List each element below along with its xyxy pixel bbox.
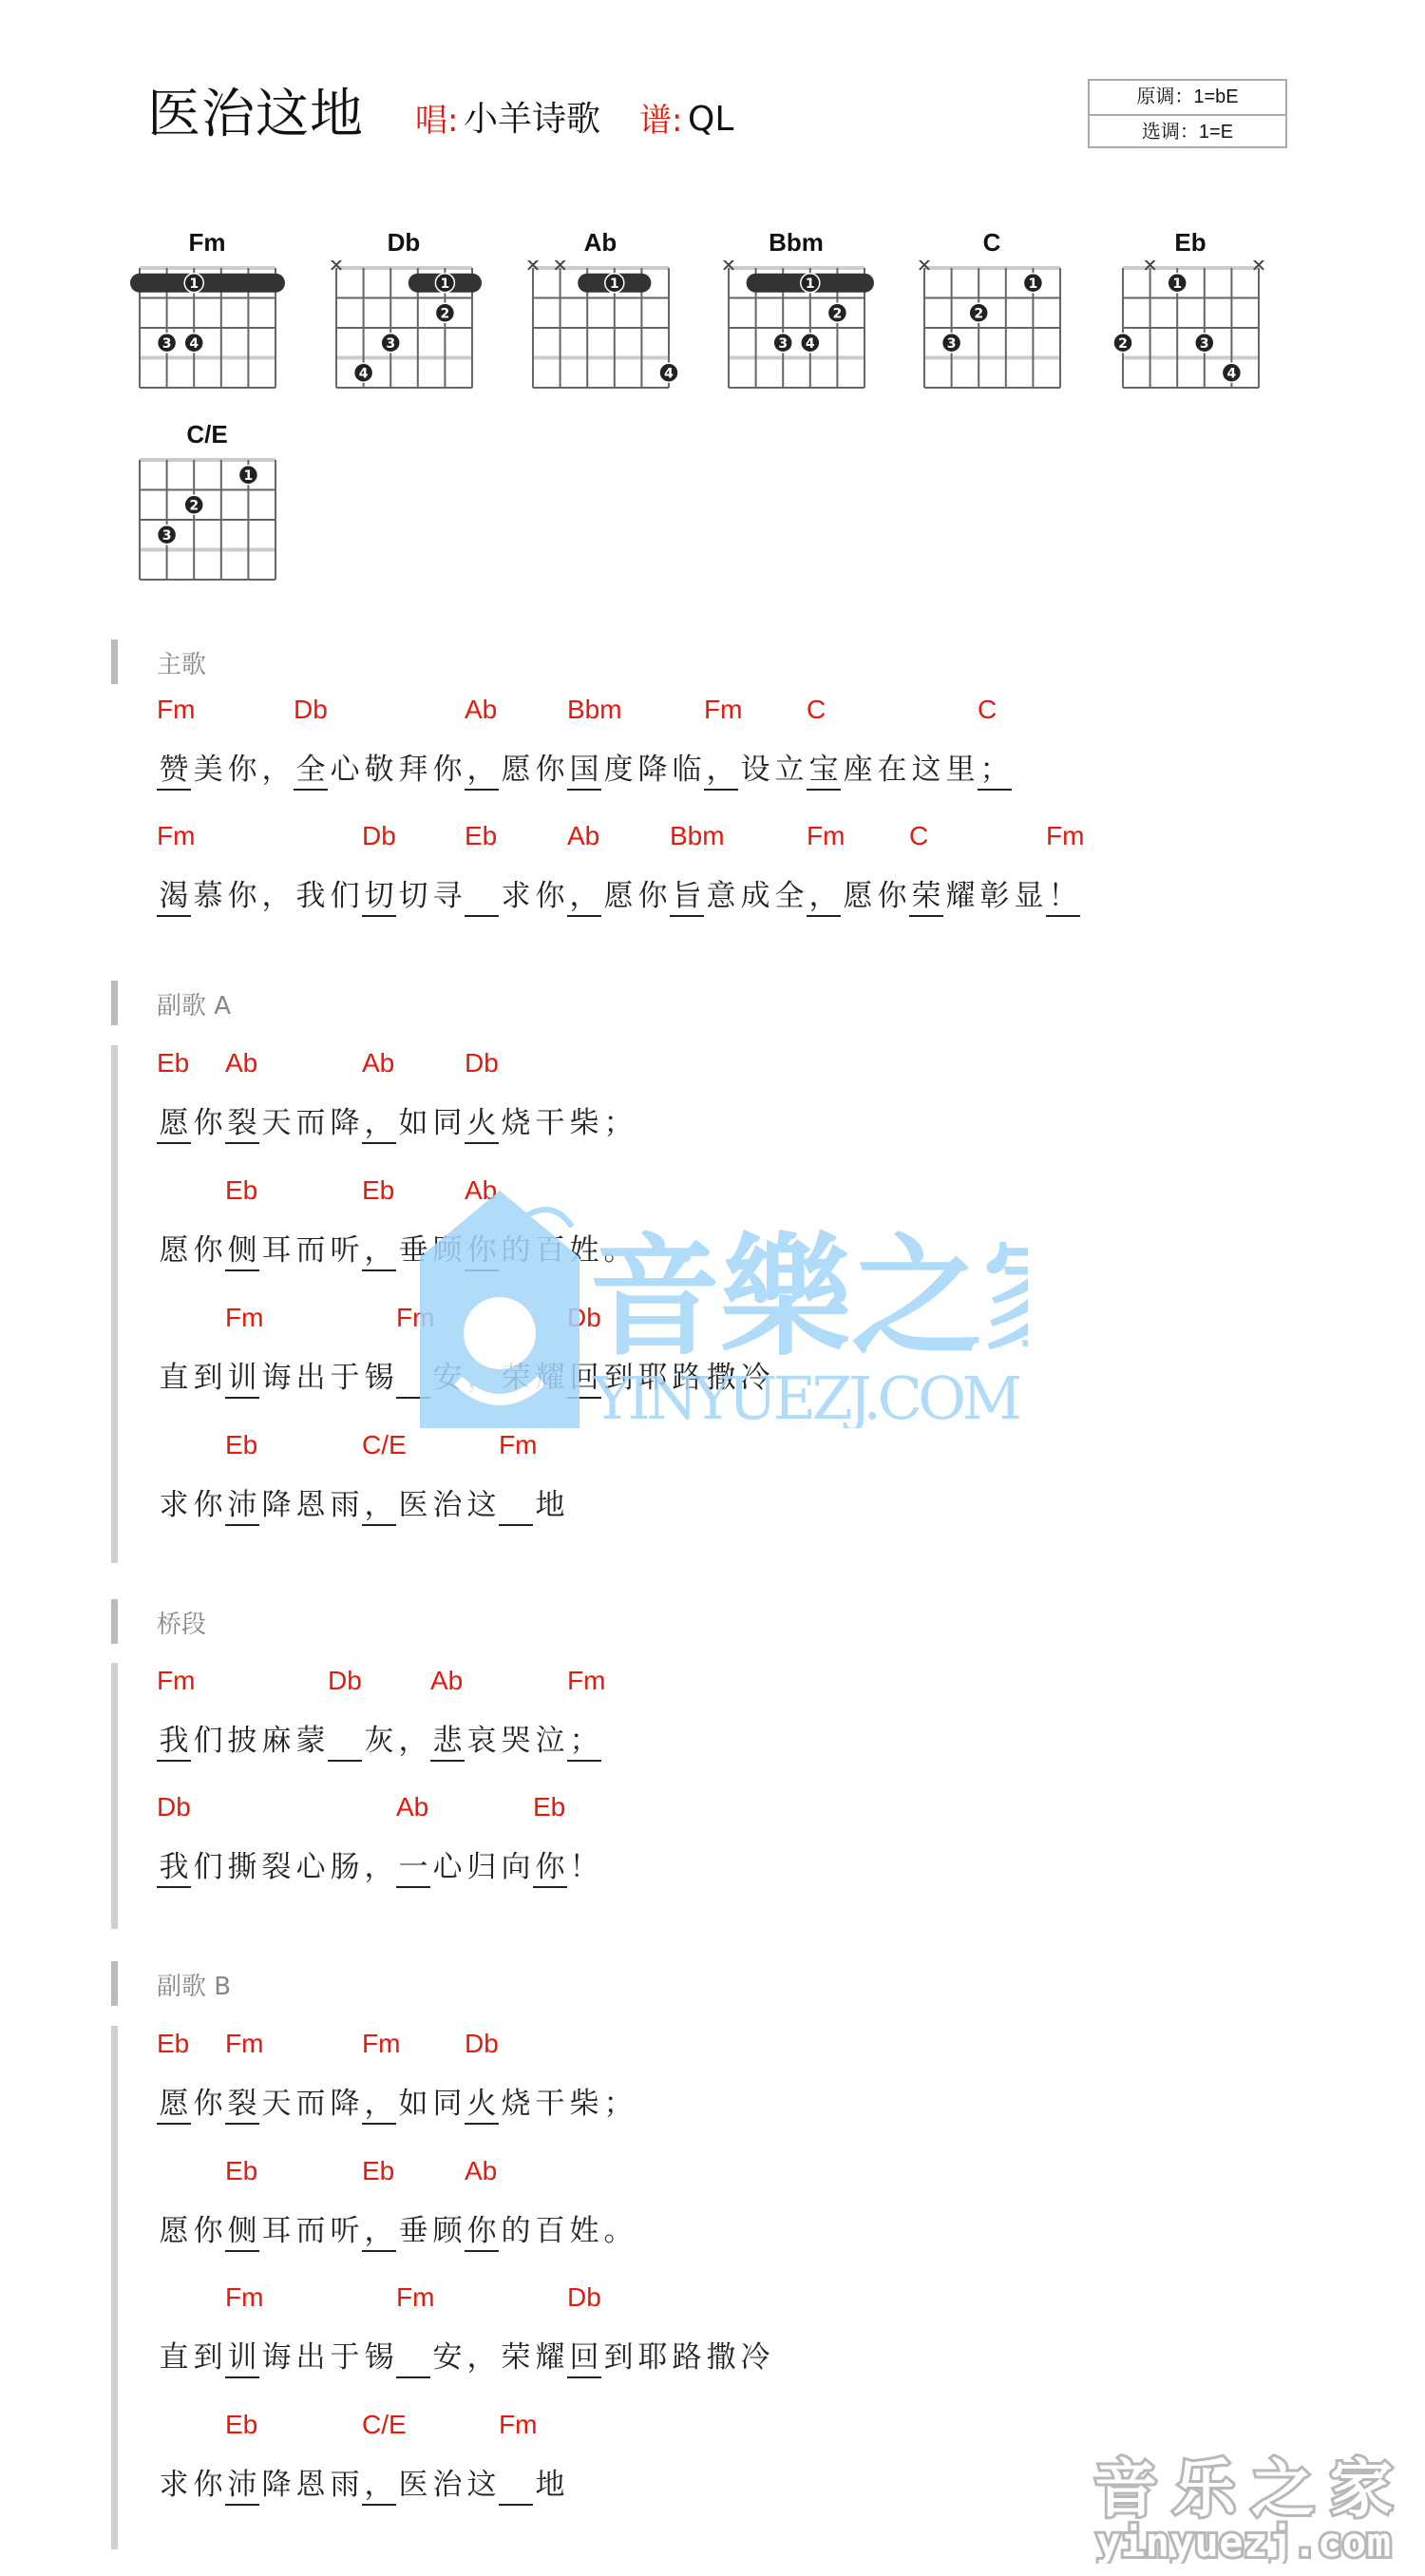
fretboard-grid: ✕✕14 — [520, 260, 681, 422]
lyric-char: 这 — [909, 751, 943, 789]
lyric-char: 锡 — [362, 1359, 396, 1397]
svg-text:4: 4 — [359, 366, 369, 381]
lyric-char: 美 — [191, 751, 225, 789]
lyric-char: 归 — [465, 1848, 499, 1886]
lyric-char: 于 — [328, 2338, 362, 2376]
chord-symbol[interactable]: Ab — [430, 1665, 463, 1697]
lyric-char: 地 — [533, 2466, 567, 2504]
chord-symbol[interactable]: Db — [294, 694, 328, 726]
svg-text:1: 1 — [1029, 277, 1038, 292]
chord-symbol[interactable]: Fm — [362, 2028, 400, 2060]
lyric-char: 冷 — [738, 1359, 772, 1397]
lyric-char: ！ — [1046, 877, 1080, 917]
lyric-char: 撒 — [704, 1359, 738, 1397]
lyric-char: 们 — [191, 1722, 225, 1760]
chord-symbol[interactable]: Fm — [157, 1665, 195, 1697]
lyric-char: 的 — [499, 2212, 533, 2250]
section-label: 桥段 — [157, 1611, 206, 1639]
lyric-char: ， — [259, 751, 294, 789]
chord-symbol[interactable]: C/E — [362, 2409, 407, 2441]
lyric-char: 到 — [601, 1359, 636, 1397]
lyric-char: 我 — [157, 1722, 191, 1762]
barre-bar — [130, 274, 285, 293]
lyric-char: ； — [978, 751, 1012, 791]
chord-symbol[interactable]: C — [807, 694, 826, 726]
chord-line: DbAbEb — [157, 1791, 1297, 1823]
lyric-char: 成 — [738, 877, 772, 915]
singer-label: 唱: — [415, 102, 458, 140]
lyric-char: 恩 — [294, 2466, 328, 2504]
fretboard-grid: ✕✕1234 — [1110, 260, 1271, 422]
lyric-char: 听 — [328, 1231, 362, 1269]
svg-text:1: 1 — [189, 277, 199, 292]
lyric-char: 你 — [191, 2466, 225, 2504]
lyric-char: 撒 — [704, 2338, 738, 2376]
lyric-char: 干 — [533, 1104, 567, 1142]
lyric-char — [499, 2466, 533, 2506]
lyric-char: 麻 — [259, 1722, 294, 1760]
lyric-char: 荣 — [499, 2338, 533, 2376]
lyric-char: 而 — [294, 2212, 328, 2250]
section-body-bar — [111, 1045, 118, 1563]
lyric-char: 你 — [465, 1231, 499, 1271]
lyric-char: 火 — [465, 2085, 499, 2125]
lyric-line: 赞美你，全心敬拜你，愿你国度降临，设立宝座在这里； — [157, 751, 1012, 792]
lyric-line: 愿你裂天而降，如同火烧干柴； — [157, 2085, 636, 2127]
lyric-char: 你 — [191, 2085, 225, 2123]
lyric-char: 而 — [294, 1231, 328, 1269]
lyric-char: 到 — [191, 2338, 225, 2376]
lyric-char: 撕 — [225, 1848, 259, 1886]
lyric-char: 姓 — [567, 2212, 601, 2250]
lyric-char: 裂 — [225, 2085, 259, 2125]
lyric-char: 耀 — [533, 1359, 567, 1397]
lyric-char: 切 — [396, 877, 430, 915]
lyric-char: ， — [704, 751, 738, 791]
lyric-char: 拜 — [396, 751, 430, 789]
muted-string-icon: ✕ — [1142, 260, 1158, 277]
lyric-char: ， — [396, 1722, 430, 1760]
lyric-char: 你 — [636, 877, 670, 915]
lyric-char: 愿 — [157, 1104, 191, 1144]
chord-diagram-ab: Ab✕✕14 — [520, 234, 681, 424]
lyric-char — [499, 1486, 533, 1526]
chord-line: EbEbAb — [157, 1174, 1297, 1207]
lyric-char: 烧 — [499, 2085, 533, 2123]
lyric-char: 听 — [328, 2212, 362, 2250]
lyric-char: 泣 — [533, 1722, 567, 1760]
tab-author-label: 谱: — [639, 102, 682, 140]
section-marker-bar — [111, 639, 118, 684]
lyric-line: 愿你侧耳而听，垂顾你的百姓。 — [157, 2212, 636, 2254]
lyric-char: 降 — [636, 751, 670, 789]
lyric-char: 临 — [670, 751, 704, 789]
svg-text:3: 3 — [947, 336, 957, 352]
lyric-char: 你 — [225, 877, 259, 915]
lyric-char: ； — [567, 1722, 601, 1762]
section-label: 主歌 — [157, 651, 206, 679]
lyric-char: 沛 — [225, 1486, 259, 1526]
lyric-char: 诲 — [259, 1359, 294, 1397]
chord-symbol[interactable]: Fm — [225, 2281, 263, 2314]
chord-diagram-name: Bbm — [715, 228, 877, 258]
lyric-char: 锡 — [362, 2338, 396, 2376]
chord-diagram-bbm: Bbm✕1234 — [715, 234, 877, 424]
chord-symbol[interactable]: Ab — [465, 1174, 497, 1207]
chord-symbol[interactable]: C — [978, 694, 997, 726]
lyric-char: ， — [465, 1359, 499, 1397]
chord-symbol[interactable]: Ab — [362, 1047, 394, 1079]
muted-string-icon: ✕ — [525, 260, 541, 277]
lyric-char: 降 — [259, 1486, 294, 1524]
svg-text:4: 4 — [1227, 366, 1237, 381]
muted-string-icon: ✕ — [329, 260, 345, 277]
fretboard-grid: ✕1234 — [323, 260, 484, 422]
lyric-char: 意 — [704, 877, 738, 915]
chord-symbol[interactable]: Eb — [465, 820, 497, 852]
lyric-char: 耶 — [636, 2338, 670, 2376]
svg-text:3: 3 — [162, 528, 172, 544]
lyric-char: ！ — [567, 1848, 601, 1886]
lyric-char: 柴 — [567, 1104, 601, 1142]
chord-symbol[interactable]: Db — [362, 820, 396, 852]
lyric-char: ， — [465, 751, 499, 791]
section-marker-bar — [111, 1961, 118, 2006]
lyric-char: 你 — [191, 2212, 225, 2250]
lyric-char: 愿 — [157, 2212, 191, 2250]
lyric-char: 我 — [157, 1848, 191, 1888]
lyric-char: 们 — [191, 1848, 225, 1886]
chord-diagram-fm: Fm134 — [126, 234, 288, 424]
chord-symbol[interactable]: Fm — [396, 1302, 434, 1334]
lyric-line: 求你沛降恩雨，医治这 地 — [157, 2466, 567, 2508]
chord-line: EbAbAbDb — [157, 1047, 1297, 1079]
lyric-char: ， — [362, 2466, 396, 2506]
lyric-char: 到 — [601, 2338, 636, 2376]
lyric-char: 愿 — [841, 877, 875, 915]
chord-symbol[interactable]: Fm — [499, 2409, 537, 2441]
chord-symbol[interactable]: Bbm — [567, 694, 622, 726]
lyric-char: 垂 — [396, 1231, 430, 1269]
lyric-char: 彰 — [978, 877, 1012, 915]
chord-symbol[interactable]: Eb — [157, 2028, 189, 2060]
chord-symbol[interactable]: Fm — [396, 2281, 434, 2314]
chord-symbol[interactable]: Bbm — [670, 820, 725, 852]
key-info-box: 原调：1=bE 选调：1=E — [1088, 79, 1287, 148]
lyric-line: 愿你裂天而降，如同火烧干柴； — [157, 1104, 636, 1146]
chord-line: EbEbAb — [157, 2155, 1297, 2187]
chord-symbol[interactable]: Fm — [704, 694, 742, 726]
lyric-char: 在 — [875, 751, 909, 789]
lyric-char: 姓 — [567, 1231, 601, 1269]
muted-string-icon: ✕ — [1251, 260, 1267, 277]
svg-text:2: 2 — [833, 306, 843, 321]
chord-symbol[interactable]: Fm — [567, 1665, 605, 1697]
lyric-char: 同 — [430, 1104, 465, 1142]
lyric-char: 而 — [294, 2085, 328, 2123]
lyric-char: 耶 — [636, 1359, 670, 1397]
lyric-char: 出 — [294, 2338, 328, 2376]
lyric-char: 赞 — [157, 751, 191, 791]
lyric-char: 训 — [225, 2338, 259, 2378]
lyric-char: ， — [567, 877, 601, 917]
chord-line: EbFmFmDb — [157, 2028, 1297, 2060]
lyric-char: 如 — [396, 2085, 430, 2123]
lyric-char: 侧 — [225, 1231, 259, 1271]
fretboard-grid: ✕1234 — [715, 260, 877, 422]
section-marker-bar — [111, 981, 118, 1025]
muted-string-icon: ✕ — [721, 260, 737, 277]
lyric-char: ， — [362, 1486, 396, 1526]
chord-symbol[interactable]: Eb — [225, 1174, 257, 1207]
lyric-char: 你 — [191, 1104, 225, 1142]
chord-symbol[interactable]: Db — [567, 1302, 601, 1334]
lyric-char: 你 — [533, 877, 567, 915]
chord-symbol[interactable]: Db — [465, 2028, 499, 2060]
lyric-char: 求 — [499, 877, 533, 915]
lyric-char: 冷 — [738, 2338, 772, 2376]
lyric-char: 百 — [533, 1231, 567, 1269]
chord-diagram-name: C/E — [126, 420, 288, 449]
lyric-char: 诲 — [259, 2338, 294, 2376]
lyric-char: 雨 — [328, 1486, 362, 1524]
svg-text:1: 1 — [610, 277, 619, 292]
svg-text:4: 4 — [664, 366, 674, 381]
chord-diagram-db: Db✕1234 — [323, 234, 484, 424]
lyric-char: 设 — [738, 751, 772, 789]
chord-symbol[interactable]: Db — [328, 1665, 362, 1697]
lyric-line: 愿你侧耳而听，垂顾你的百姓。 — [157, 1231, 636, 1273]
selected-key: 选调：1=E — [1090, 114, 1285, 149]
lyric-char: 耳 — [259, 1231, 294, 1269]
svg-text:1: 1 — [806, 277, 815, 292]
lyric-char: 烧 — [499, 1104, 533, 1142]
lyric-char: 耀 — [533, 2338, 567, 2376]
chord-symbol[interactable]: C/E — [362, 1429, 407, 1461]
svg-text:3: 3 — [162, 336, 172, 352]
chord-symbol[interactable]: Ab — [225, 1047, 257, 1079]
lyric-char: 同 — [430, 2085, 465, 2123]
lyric-char: 顾 — [430, 2212, 465, 2250]
chord-symbol[interactable]: Fm — [225, 2028, 263, 2060]
lyric-char: 。 — [601, 2212, 636, 2250]
lyric-char: ， — [465, 2338, 499, 2376]
lyric-line: 渴慕你，我们切切寻 求你，愿你旨意成全，愿你荣耀彰显！ — [157, 877, 1080, 919]
chord-line: FmFmDb — [157, 1302, 1297, 1334]
lyric-char: 于 — [328, 1359, 362, 1397]
lyric-char: 干 — [533, 2085, 567, 2123]
lyric-char: 愿 — [157, 2085, 191, 2125]
chord-diagram-name: Ab — [520, 228, 681, 258]
lyric-char: 一 — [396, 1848, 430, 1888]
lyric-char: 你 — [225, 751, 259, 789]
chord-diagram-c-e: C/E123 — [126, 426, 288, 616]
lyric-char: 而 — [294, 1104, 328, 1142]
lyric-char: 你 — [191, 1486, 225, 1524]
lyric-char: 渴 — [157, 877, 191, 917]
original-key: 原调：1=bE — [1090, 81, 1285, 114]
chord-symbol[interactable]: Db — [567, 2281, 601, 2314]
lyric-char: 路 — [670, 2338, 704, 2376]
svg-text:4: 4 — [189, 336, 199, 352]
chord-symbol[interactable]: Fm — [225, 1302, 263, 1334]
lyric-line: 求你沛降恩雨，医治这 地 — [157, 1486, 567, 1528]
lyric-char: 这 — [465, 2466, 499, 2504]
svg-text:1: 1 — [244, 468, 254, 484]
lyric-char: ， — [362, 2212, 396, 2252]
lyric-char: 心 — [430, 1848, 465, 1886]
chord-symbol[interactable]: Ab — [396, 1791, 428, 1823]
lyric-char: 肠 — [328, 1848, 362, 1886]
singer-name: 小羊诗歌 — [464, 101, 600, 139]
lyric-char: 荣 — [499, 1359, 533, 1397]
lyric-char: 耳 — [259, 2212, 294, 2250]
muted-string-icon: ✕ — [552, 260, 568, 277]
corner-watermark-cn: 音乐之家 — [1094, 2452, 1393, 2526]
lyric-char: 我 — [294, 877, 328, 915]
lyric-char: 们 — [328, 877, 362, 915]
svg-text:3: 3 — [1200, 336, 1209, 352]
lyric-char: 慕 — [191, 877, 225, 915]
chord-symbol[interactable]: Ab — [567, 820, 599, 852]
chord-symbol[interactable]: Eb — [362, 2155, 394, 2187]
lyric-char: 侧 — [225, 2212, 259, 2252]
chord-symbol[interactable]: Fm — [499, 1429, 537, 1461]
lyric-char: 切 — [362, 877, 396, 917]
lyric-char: 回 — [567, 2338, 601, 2378]
chord-symbol[interactable]: Eb — [225, 1429, 257, 1461]
svg-text:1: 1 — [441, 277, 450, 292]
lyric-char: 心 — [328, 751, 362, 789]
lyric-char: 。 — [601, 1231, 636, 1269]
chord-line: EbC/EFm — [157, 1429, 1297, 1461]
lyric-line: 直到训诲出于锡 安，荣耀回到耶路撒冷 — [157, 2338, 772, 2380]
lyric-char: 降 — [328, 2085, 362, 2123]
chord-diagram-c: C✕123 — [911, 234, 1073, 424]
lyric-char: 心 — [294, 1848, 328, 1886]
svg-text:3: 3 — [386, 336, 395, 352]
lyric-char: 降 — [328, 1104, 362, 1142]
svg-text:4: 4 — [806, 336, 815, 352]
lyric-char: 国 — [567, 751, 601, 791]
lyric-char: ， — [807, 877, 841, 917]
lyric-char: 旨 — [670, 877, 704, 917]
lyric-char: 你 — [533, 1848, 567, 1888]
fretboard-grid: 123 — [126, 452, 288, 614]
lyric-char — [465, 877, 499, 917]
section-body-bar — [111, 2026, 118, 2549]
lyric-char: 治 — [430, 2466, 465, 2504]
lyric-char: 天 — [259, 1104, 294, 1142]
chord-symbol[interactable]: Fm — [1046, 820, 1084, 852]
lyric-char: 安 — [430, 2338, 465, 2376]
lyric-line: 我们披麻蒙 灰，悲哀哭泣； — [157, 1722, 601, 1764]
lyric-char: 到 — [191, 1359, 225, 1397]
lyric-char: 医 — [396, 2466, 430, 2504]
watermark-cn-text: 音樂之家 — [589, 1221, 1028, 1374]
lyric-char: 训 — [225, 1359, 259, 1399]
section-body-bar — [111, 1663, 118, 1929]
chord-symbol[interactable]: C — [909, 820, 928, 852]
lyric-char: 全 — [772, 877, 807, 915]
lyric-char: 治 — [430, 1486, 465, 1524]
lyric-char: 回 — [567, 1359, 601, 1399]
lyric-line: 我们撕裂心肠，一心归向你！ — [157, 1848, 601, 1890]
lyric-char: 柴 — [567, 2085, 601, 2123]
lyric-char: 披 — [225, 1722, 259, 1760]
lyric-char: 出 — [294, 1359, 328, 1397]
lyric-char: 愿 — [601, 877, 636, 915]
chord-symbol[interactable]: Eb — [533, 1791, 565, 1823]
lyric-char: 哭 — [499, 1722, 533, 1760]
lyric-char: ， — [362, 1104, 396, 1144]
lyric-char — [328, 1722, 362, 1762]
section-marker-bar — [111, 1599, 118, 1644]
lyric-char: 你 — [430, 751, 465, 789]
chord-symbol[interactable]: Eb — [225, 2155, 257, 2187]
lyric-char: 求 — [157, 1486, 191, 1524]
chord-line: FmDbEbAbBbmFmCFm — [157, 820, 1297, 852]
lyric-char: 降 — [259, 2466, 294, 2504]
muted-string-icon: ✕ — [917, 260, 933, 277]
chord-diagram-name: Fm — [126, 228, 288, 258]
chord-symbol[interactable]: Db — [157, 1791, 191, 1823]
lyric-char: 裂 — [259, 1848, 294, 1886]
lyric-char: 的 — [499, 1231, 533, 1269]
lyric-char: 宝 — [807, 751, 841, 791]
chord-symbol[interactable]: Ab — [465, 694, 497, 726]
lyric-char: 全 — [294, 751, 328, 791]
svg-text:3: 3 — [778, 336, 788, 352]
lyric-char: 直 — [157, 1359, 191, 1397]
svg-text:2: 2 — [189, 498, 199, 513]
lyric-char: 这 — [465, 1486, 499, 1524]
lyric-char: 天 — [259, 2085, 294, 2123]
svg-text:2: 2 — [974, 306, 983, 321]
lyric-char: 你 — [191, 1231, 225, 1269]
lyric-char — [396, 1359, 430, 1399]
lyric-char: 医 — [396, 1486, 430, 1524]
lyric-char — [396, 2338, 430, 2378]
lyric-char: 火 — [465, 1104, 499, 1144]
lyric-char: ， — [362, 1231, 396, 1271]
chord-diagram-name: C — [911, 228, 1073, 258]
corner-watermark-en: yinyuezj.com — [1096, 2519, 1391, 2564]
chord-symbol[interactable]: Fm — [807, 820, 845, 852]
lyric-char: 度 — [601, 751, 636, 789]
chord-symbol[interactable]: Eb — [157, 1047, 189, 1079]
chord-symbol[interactable]: Db — [465, 1047, 499, 1079]
chord-diagram-eb: Eb✕✕1234 — [1110, 234, 1271, 424]
lyric-char: 哀 — [465, 1722, 499, 1760]
lyric-char: 求 — [157, 2466, 191, 2504]
lyric-char: 愿 — [499, 751, 533, 789]
chord-symbol[interactable]: Eb — [362, 1174, 394, 1207]
lyric-char: ， — [362, 2085, 396, 2125]
lyric-char: 灰 — [362, 1722, 396, 1760]
chord-symbol[interactable]: Fm — [157, 820, 195, 852]
lyric-char: 悲 — [430, 1722, 465, 1762]
lyric-char: 沛 — [225, 2466, 259, 2506]
chord-symbol[interactable]: Ab — [465, 2155, 497, 2187]
chord-symbol[interactable]: Eb — [225, 2409, 257, 2441]
section-label: 副歌 B — [157, 1973, 231, 2001]
svg-text:1: 1 — [1172, 277, 1182, 292]
lyric-line: 直到训诲出于锡 安，荣耀回到耶路撒冷 — [157, 1359, 772, 1401]
fretboard-grid: 134 — [126, 260, 288, 422]
lyric-char: 路 — [670, 1359, 704, 1397]
chord-symbol[interactable]: Fm — [157, 694, 195, 726]
